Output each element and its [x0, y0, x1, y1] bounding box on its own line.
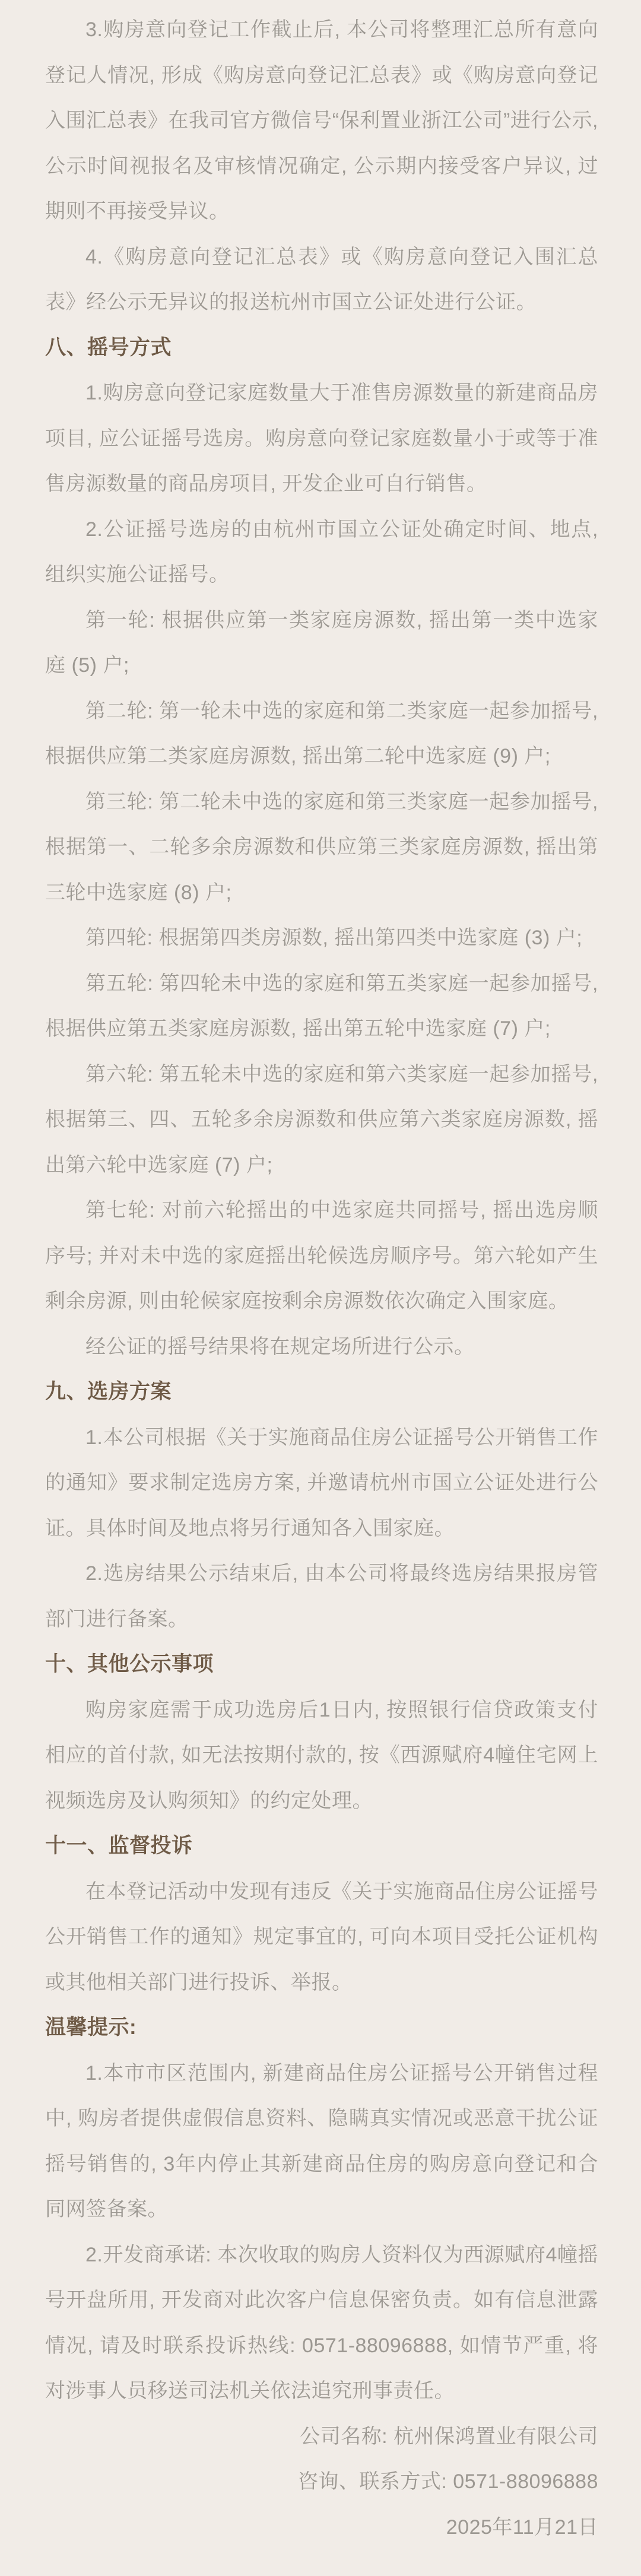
paragraph: 4.《购房意向登记汇总表》或《购房意向登记入围汇总表》经公示无异议的报送杭州市国…: [45, 234, 598, 325]
paragraph: 1.购房意向登记家庭数量大于准售房源数量的新建商品房项目, 应公证摇号选房。购房…: [45, 370, 598, 507]
paragraph: 第五轮: 第四轮未中选的家庭和第五类家庭一起参加摇号, 根据供应第五类家庭房源数…: [45, 961, 598, 1052]
paragraph: 经公证的摇号结果将在规定场所进行公示。: [45, 1324, 598, 1370]
footer-line: 2025年11月21日: [45, 2505, 598, 2550]
paragraph: 2.开发商承诺: 本次收取的购房人资料仅为西源赋府4幢摇号开盘所用, 开发商对此…: [45, 2232, 598, 2414]
paragraph: 第四轮: 根据第四类房源数, 摇出第四类中选家庭 (3) 户;: [45, 915, 598, 961]
paragraph: 第六轮: 第五轮未中选的家庭和第六类家庭一起参加摇号, 根据第三、四、五轮多余房…: [45, 1052, 598, 1188]
section-heading: 八、摇号方式: [45, 325, 598, 371]
paragraph: 第三轮: 第二轮未中选的家庭和第三类家庭一起参加摇号, 根据第一、二轮多余房源数…: [45, 779, 598, 916]
paragraph: 1.本公司根据《关于实施商品住房公证摇号公开销售工作的通知》要求制定选房方案, …: [45, 1415, 598, 1552]
footer-line: 公司名称: 杭州保鸿置业有限公司: [45, 2414, 598, 2460]
section-heading: 温馨提示:: [45, 2005, 598, 2051]
paragraph: 2.公证摇号选房的由杭州市国立公证处确定时间、地点, 组织实施公证摇号。: [45, 507, 598, 598]
paragraph: 3.购房意向登记工作截止后, 本公司将整理汇总所有意向登记人情况, 形成《购房意…: [45, 7, 598, 234]
section-heading: 九、选房方案: [45, 1369, 598, 1415]
paragraph: 在本登记活动中发现有违反《关于实施商品住房公证摇号公开销售工作的通知》规定事宜的…: [45, 1869, 598, 2006]
paragraph: 第二轮: 第一轮未中选的家庭和第二类家庭一起参加摇号, 根据供应第二类家庭房源数…: [45, 689, 598, 779]
paragraph: 购房家庭需于成功选房后1日内, 按照银行信贷政策支付相应的首付款, 如无法按期付…: [45, 1687, 598, 1824]
paragraph: 2.选房结果公示结束后, 由本公司将最终选房结果报房管部门进行备案。: [45, 1551, 598, 1642]
paragraph: 第一轮: 根据供应第一类家庭房源数, 摇出第一类中选家庭 (5) 户;: [45, 598, 598, 689]
paragraph: 1.本市市区范围内, 新建商品住房公证摇号公开销售过程中, 购房者提供虚假信息资…: [45, 2051, 598, 2232]
announcement-document: 3.购房意向登记工作截止后, 本公司将整理汇总所有意向登记人情况, 形成《购房意…: [0, 0, 641, 2576]
footer-line: 咨询、联系方式: 0571-88096888: [45, 2459, 598, 2505]
section-heading: 十一、监督投诉: [45, 1823, 598, 1869]
paragraph: 第七轮: 对前六轮摇出的中选家庭共同摇号, 摇出选房顺序号; 并对未中选的家庭摇…: [45, 1188, 598, 1324]
section-heading: 十、其他公示事项: [45, 1642, 598, 1687]
